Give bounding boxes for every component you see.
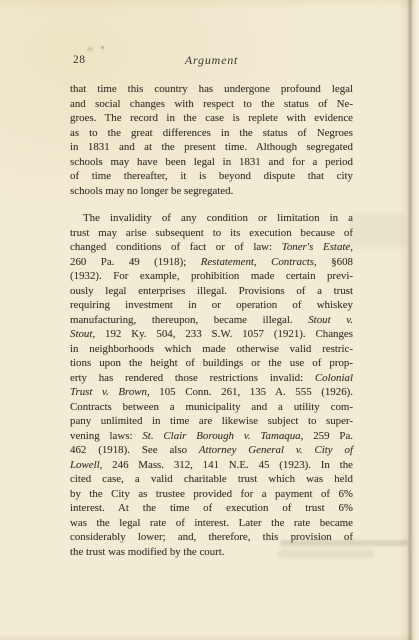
text-line: Stout, 192 Ky. 504, 233 S.W. 1057 (1921)… (70, 327, 353, 342)
paragraph: that time this country has undergone pro… (70, 82, 353, 198)
ink-bleedthrough-artifact (350, 214, 405, 248)
text-line: 462 (1918). See also Attorney General v.… (70, 443, 353, 458)
text-line: schools may no longer be segregated. (70, 184, 353, 199)
text-line: schools may have been legal in 1831 and … (70, 155, 353, 170)
text-line: (1932). For example, prohibition made ce… (70, 269, 353, 284)
page-edge-shadow (399, 0, 419, 640)
text-line: that time this country has undergone pro… (70, 82, 353, 97)
text-line: as to the great differences in the statu… (70, 126, 353, 141)
text-line: changed conditions of fact or of law: To… (70, 240, 353, 255)
scan-speck (87, 47, 93, 51)
text-line: pany unlimited in time are likewise subj… (70, 414, 353, 429)
text-line: by the City as trustee provided for a pa… (70, 487, 353, 502)
text-line: erty has rendered those restrictions inv… (70, 371, 353, 386)
text-line: the trust was modified by the court. (70, 545, 353, 560)
text-line: in neighborhoods which made otherwise va… (70, 342, 353, 357)
text-line: manufacturing, thereupon, became illegal… (70, 313, 353, 328)
text-line: The invalidity of any condition or limit… (70, 211, 353, 226)
text-line: considerably lower; and, therefore, this… (70, 530, 353, 545)
running-head-title: Argument (70, 53, 353, 68)
body-text: that time this country has undergone pro… (70, 82, 353, 559)
text-line: interest. At the time of execution of tr… (70, 501, 353, 516)
text-line: cited case, a valid charitable trust whi… (70, 472, 353, 487)
text-line: Contracts between a municipality and a u… (70, 400, 353, 415)
text-line: tions upon the height of buildings or th… (70, 356, 353, 371)
text-line: of time thereafter, it is beyond dispute… (70, 169, 353, 184)
text-line: in 1831 and at the present time. Althoug… (70, 140, 353, 155)
scanned-book-page: 28 Argument that time this country has u… (0, 0, 419, 640)
text-line: Trust v. Brown, 105 Conn. 261, 135 A. 55… (70, 385, 353, 400)
text-line: requiring investment in or operation of … (70, 298, 353, 313)
text-line: Lowell, 246 Mass. 312, 141 N.E. 45 (1923… (70, 458, 353, 473)
text-line: 260 Pa. 49 (1918); Restatement, Contract… (70, 255, 353, 270)
running-header: 28 Argument (70, 53, 353, 68)
text-line: vening laws: St. Clair Borough v. Tamaqu… (70, 429, 353, 444)
text-line: ously legal enterprises illegal. Provisi… (70, 284, 353, 299)
scan-speck (101, 46, 104, 49)
text-line: was the legal rate of interest. Later th… (70, 516, 353, 531)
paragraph: The invalidity of any condition or limit… (70, 211, 353, 559)
text-line: trust may arise subsequent to its execut… (70, 226, 353, 241)
text-line: groes. The record in the case is replete… (70, 111, 353, 126)
text-line: and social changes with respect to the s… (70, 97, 353, 112)
